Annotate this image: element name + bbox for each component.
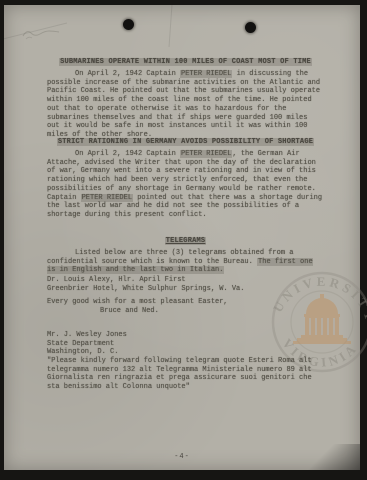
heading-highlight: TELEGRAMS [165,237,207,245]
scan-corner-shadow [290,444,360,470]
pencil-scribble [20,23,68,43]
scanned-document-page: UNIVERSITY VIRGINIA SUBMARINES OPERATE W… [4,5,360,470]
paragraph-telegrams-intro: Listed below are three (3) telegrams obt… [47,249,324,275]
section-heading-rationing: STRICT RATIONING IN GERMANY AVOIDS POSSI… [47,138,324,147]
paragraph-submarines: On April 2, 1942 Captain PETER RIEDEL in… [47,70,324,140]
punch-hole-right [245,22,256,33]
telegram1-address: Dr. Louis Alexy, Hlr. April FirstGreenbr… [47,276,324,293]
telegram2-message: "Please kindly forward following telegra… [47,357,324,392]
telegram1-signature: Bruce and Ned. [100,307,324,316]
punch-hole-left [123,19,134,30]
section-heading-telegrams: TELEGRAMS [47,237,324,246]
paragraph-rationing: On April 2, 1942 Captain PETER RIEDEL, t… [47,150,324,220]
telegram1-message: Every good wish for a most pleasant East… [47,298,324,315]
heading-highlight: SUBMARINES OPERATE WITHIN 100 MILES OF C… [59,58,312,66]
telegram1-message-line: Every good wish for a most pleasant East… [47,298,324,307]
telegram2-address: Mr. J. Wesley JonesState DepartmentWashi… [47,331,324,357]
section-heading-submarines: SUBMARINES OPERATE WITHIN 100 MILES OF C… [47,58,324,67]
paper-crease [169,5,173,47]
heading-highlight: STRICT RATIONING IN GERMANY AVOIDS POSSI… [57,138,314,146]
